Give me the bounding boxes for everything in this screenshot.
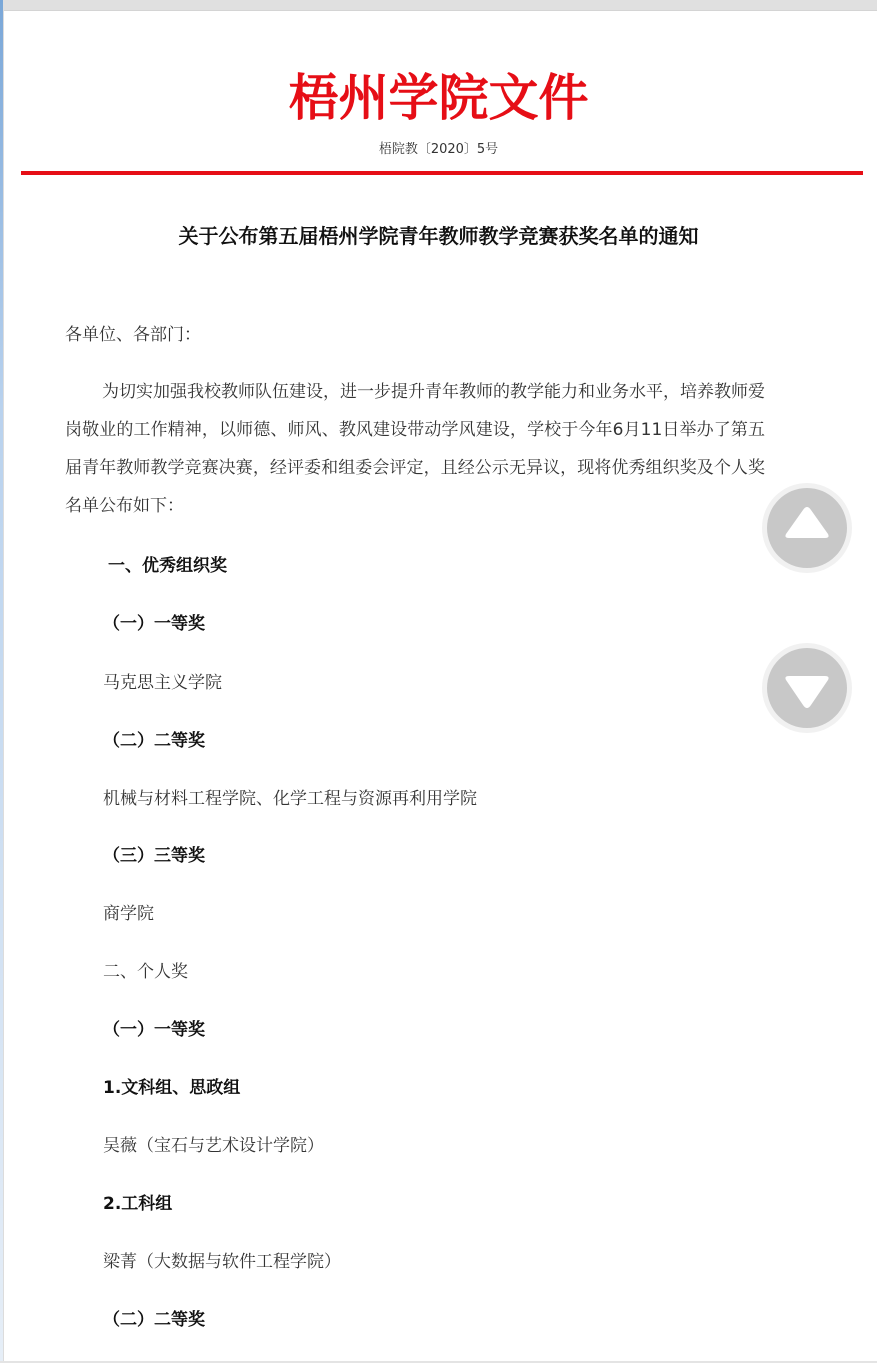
document-number: 梧院教〔2020〕5号 xyxy=(0,141,877,159)
scroll-up-button[interactable] xyxy=(762,483,852,573)
intro-paragraph: 为切实加强我校教师队伍建设，进一步提升青年教师的教学能力和业务水平，培养教师爱岗… xyxy=(65,373,765,525)
org-second-prize-label: （二）二等奖 xyxy=(103,729,205,753)
individual-group1-winner: 吴薇（宝石与艺术设计学院） xyxy=(103,1134,324,1158)
document-header-title: 梧州学院文件 xyxy=(0,66,877,130)
greeting: 各单位、各部门： xyxy=(65,323,201,347)
section-heading-org-award: 一、优秀组织奖 xyxy=(108,554,227,578)
individual-group2-winner: 梁菁（大数据与软件工程学院） xyxy=(103,1250,341,1274)
section-heading-individual-award: 二、个人奖 xyxy=(103,960,188,984)
org-second-prize-value: 机械与材料工程学院、化学工程与资源再利用学院 xyxy=(103,787,477,811)
org-first-prize-label: （一）一等奖 xyxy=(103,612,205,636)
page-left-border xyxy=(3,10,4,1363)
triangle-up-icon xyxy=(762,483,852,573)
header-red-rule xyxy=(21,171,863,175)
individual-first-prize-label: （一）一等奖 xyxy=(103,1018,205,1042)
individual-group2-label: 2.工科组 xyxy=(103,1192,172,1216)
individual-second-prize-label: （二）二等奖 xyxy=(103,1308,205,1332)
org-first-prize-value: 马克思主义学院 xyxy=(103,671,222,695)
top-bar xyxy=(0,0,877,11)
scroll-down-button[interactable] xyxy=(762,643,852,733)
org-third-prize-label: （三）三等奖 xyxy=(103,844,205,868)
individual-group1-label: 1.文科组、思政组 xyxy=(103,1076,240,1100)
notice-title: 关于公布第五届梧州学院青年教师教学竞赛获奖名单的通知 xyxy=(0,222,877,250)
triangle-down-icon xyxy=(762,643,852,733)
org-third-prize-value: 商学院 xyxy=(103,902,154,926)
